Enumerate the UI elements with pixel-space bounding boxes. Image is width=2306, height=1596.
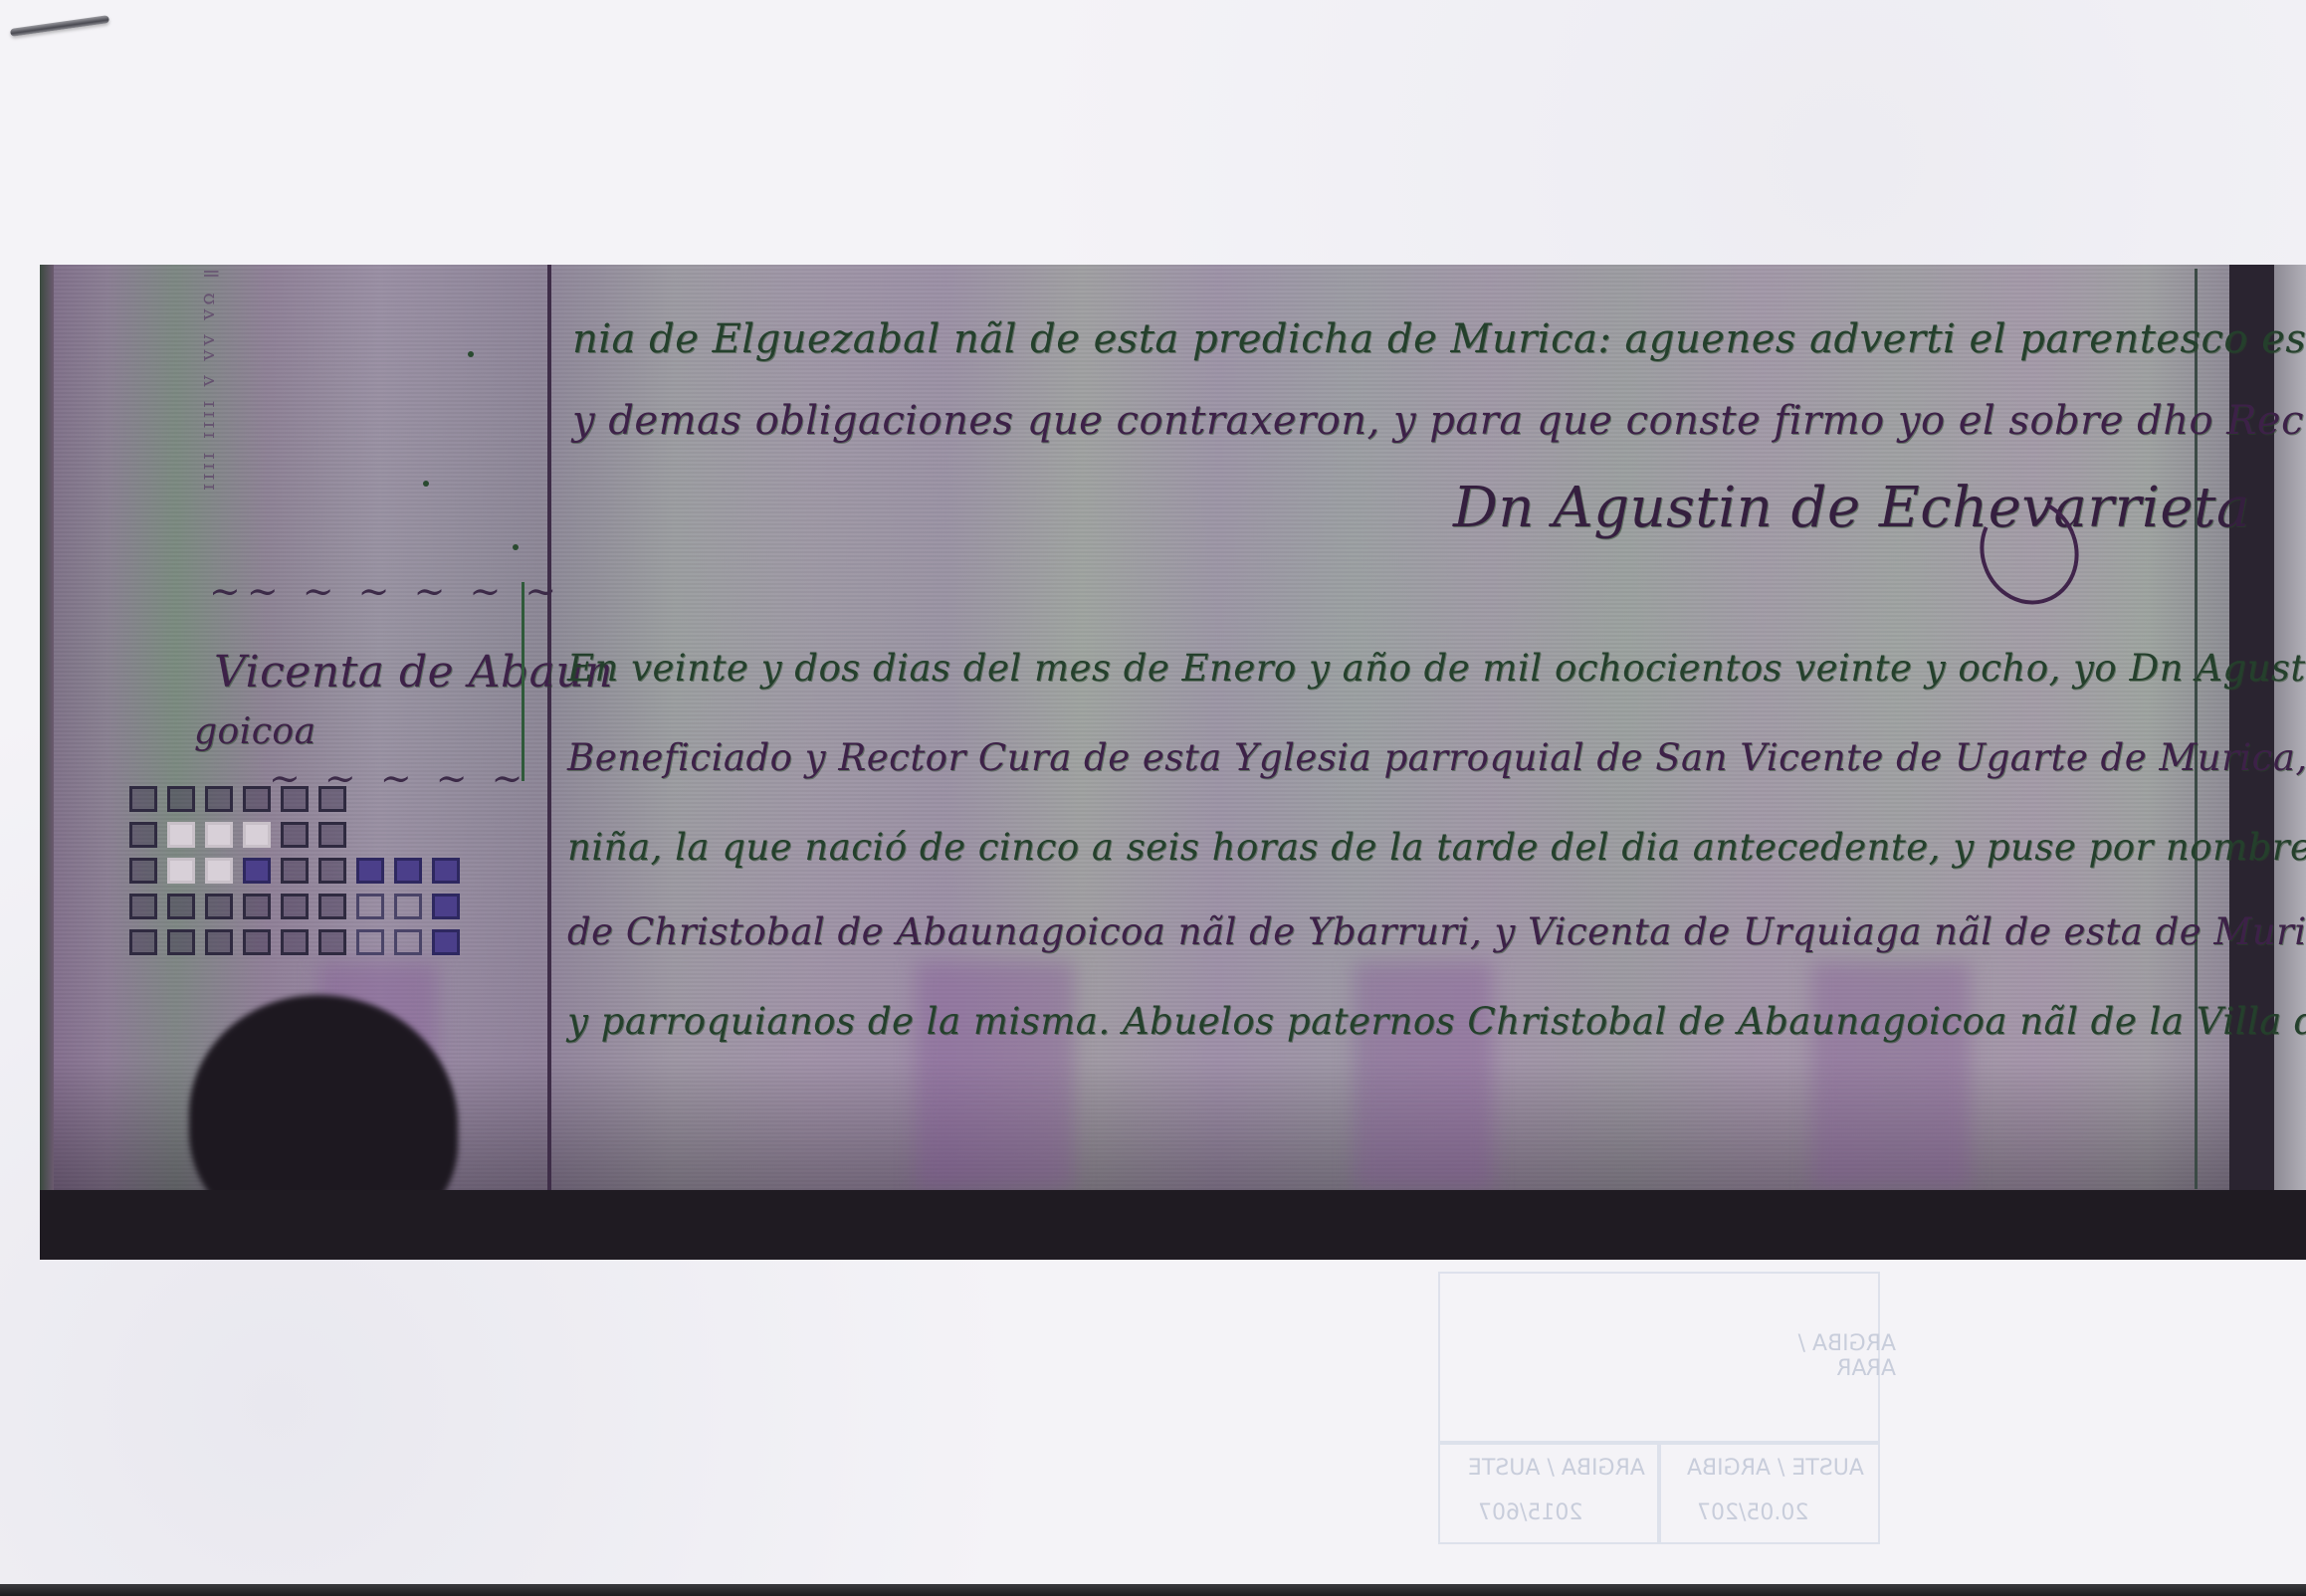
scan-color-calibration-grid [129,786,460,955]
scanner-bottom-edge [0,1584,2306,1596]
margin-rule [547,265,551,1190]
scan-artifact-band [1354,961,1493,1190]
stamp-row-1: ARGIBA / ARAR [1747,1331,1896,1381]
margin-child-name: Vicenta de Abaun [214,647,613,698]
scan-bottom-dark-band [40,1190,2306,1260]
stamp-row-3-right: 20.05/207 [1697,1500,1808,1525]
entry-line-3: niña, la que nació de cinco a seis horas… [567,826,2306,869]
page-left-edge [40,265,54,1190]
entry-line-5: y parroquianos de la misma. Abuelos pate… [567,1000,2306,1043]
ink-speck [423,481,429,487]
stamp-row-3-left: 2015/607 [1478,1500,1582,1525]
stamp-row-2-left: ARGIBA / AUSTE [1468,1456,1645,1481]
scan-artifact-band [1811,961,1971,1190]
previous-entry-line-1: nia de Elguezabal nãl de esta predicha d… [572,316,2306,362]
scan-artifact-band [916,961,1075,1190]
entry-line-4: de Christobal de Abaunagoicoa nãl de Yba… [567,910,2306,953]
margin-child-surname: goicoa [194,711,316,752]
stamp-row-2-right: AUSTE / ARGIBA [1687,1456,1864,1481]
ink-speck [468,351,474,357]
ink-speck [513,544,519,550]
margin-wave-top: ~~ ~ ~ ~ ~ ~ [209,569,562,613]
margin-bracket [518,582,524,781]
entry-line-2: Beneficiado y Rector Cura de esta Yglesi… [567,736,2306,779]
entry-line-1: En veinte y dos dias del mes de Enero y … [567,647,2306,690]
vertical-margin-notation: ǁ ʊʌ ʌʌ ʌ ɪɪɪɪ ɪɪɪɪ [199,269,223,494]
priest-signature: Dn Agustin de Echevarrieta [1453,476,2250,540]
previous-entry-line-2: y demas obligaciones que contraxeron, y … [572,398,2306,444]
archive-stamp-bleedthrough: ARGIBA / ARAR ARGIBA / AUSTE AUSTE / ARG… [1418,1262,1896,1550]
